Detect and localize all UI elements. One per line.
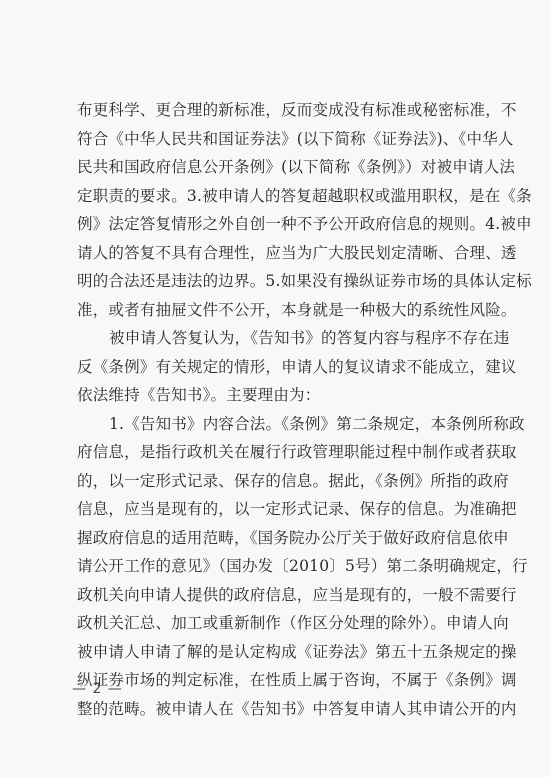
text-line: 民共和国政府信息公开条例》(以下简称《条例》）对被申请人法 — [77, 153, 477, 182]
text-line: 的，以一定形式记录、保存的信息。据此，《条例》所指的政府 — [77, 467, 477, 496]
text-line: 布更科学、更合理的新标准，反而变成没有标准或秘密标准，不 — [77, 96, 477, 125]
document-page: 布更科学、更合理的新标准，反而变成没有标准或秘密标准，不 符合《中华人民共和国证… — [0, 0, 550, 777]
text-line: 请公开工作的意见》（国办发〔2010〕5号）第二条明确规定，行 — [77, 552, 477, 581]
text-line: 纵证券市场的判定标准，在性质上属于咨询，不属于《条例》调 — [77, 666, 477, 695]
text-line: 依法维持《告知书》。主要理由为： — [77, 381, 477, 410]
text-line: 符合《中华人民共和国证券法》(以下简称《证券法》)、《中华人 — [77, 125, 477, 154]
text-line: 定职责的要求。3.被申请人的答复超越职权或滥用职权，是在《条 — [77, 182, 477, 211]
text-line: 被申请人申请了解的是认定构成《证券法》第五十五条规定的操 — [77, 638, 477, 667]
text-line: 整的范畴。被申请人在《告知书》中答复申请人其申请公开的内 — [77, 695, 477, 724]
text-line: 政机关向申请人提供的政府信息，应当是现有的，一般不需要行 — [77, 581, 477, 610]
text-line: 政机关汇总、加工或重新制作（作区分处理的除外）。申请人向 — [77, 609, 477, 638]
text-line: 准，或者有抽屉文件不公开，本身就是一种极大的系统性风险。 — [77, 296, 477, 325]
text-line: 府信息，是指行政机关在履行行政管理职能过程中制作或者获取 — [77, 438, 477, 467]
document-body: 布更科学、更合理的新标准，反而变成没有标准或秘密标准，不 符合《中华人民共和国证… — [77, 96, 477, 723]
paragraph-start-line: 被申请人答复认为，《告知书》的答复内容与程序不存在违 — [77, 324, 477, 353]
text-line: 例》法定答复情形之外自创一种不予公开政府信息的规则。4.被申 — [77, 210, 477, 239]
text-line: 信息，应当是现有的，以一定形式记录、保存的信息。为准确把 — [77, 495, 477, 524]
page-number: — 2 — — [72, 681, 123, 697]
text-line: 请人的答复不具有合理性，应当为广大股民划定清晰、合理、透 — [77, 239, 477, 268]
text-line: 握政府信息的适用范畴，《国务院办公厅关于做好政府信息依申 — [77, 524, 477, 553]
paragraph-start-line: 1.《告知书》内容合法。《条例》第二条规定，本条例所称政 — [77, 410, 477, 439]
text-line: 明的合法还是违法的边界。5.如果没有操纵证券市场的具体认定标 — [77, 267, 477, 296]
text-line: 反《条例》有关规定的情形，申请人的复议请求不能成立，建议 — [77, 353, 477, 382]
